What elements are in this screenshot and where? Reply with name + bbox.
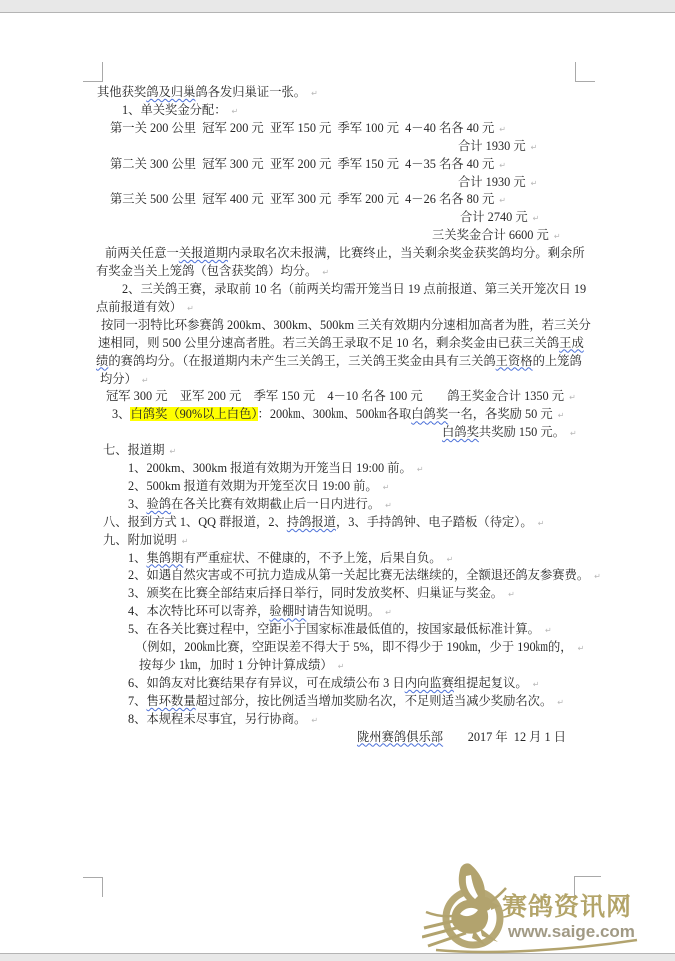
text-segment: 2、500km 报道有效期为开笼至次日 19:00 前。 xyxy=(128,479,378,493)
paragraph-mark-icon: ↵ xyxy=(383,483,390,492)
text-segment: 第二关 300 公里 冠军 300 元 亚军 200 元 季军 150 元 4－… xyxy=(110,157,494,171)
paragraph-mark-icon: ↵ xyxy=(531,143,538,152)
highlighted-text: 白鸽奖（90%以上白色） xyxy=(130,407,257,421)
text-line: 合计 2740 元↵ xyxy=(96,209,596,227)
text-segment: 第三关 500 公里 冠军 400 元 亚军 300 元 季军 200 元 4－… xyxy=(110,192,494,206)
paragraph-mark-icon: ↵ xyxy=(447,555,454,564)
text-line: 绩的赛鸽均分。（在报道期内未产生三关鸽王，三关鸽王奖金由具有三关鸽王资格的上笼鸽 xyxy=(96,353,596,371)
spellcheck-underlined-text: 绩 xyxy=(96,354,108,368)
paragraph-mark-icon: ↵ xyxy=(569,393,576,402)
text-line: 点前报道有效）↵ xyxy=(96,299,596,317)
text-line: 前两关任意一关报道期内录取名次未报满，比赛终止，当关剩余奖金获奖鸽均分。剩余所 xyxy=(96,245,596,263)
text-segment: 点前报道有效） xyxy=(96,300,182,314)
text-line: 按同一羽特比环参赛鸽 200km、300km、500km 三关有效期内分速相加高… xyxy=(96,317,596,335)
watermark-site-name: 赛鸽资讯网 xyxy=(502,894,632,921)
text-segment: 鸽各发归巢证一张。 xyxy=(195,85,306,99)
crop-mark-bottom-left xyxy=(83,877,103,897)
paragraph-mark-icon: ↵ xyxy=(170,447,177,456)
paragraph-mark-icon: ↵ xyxy=(338,662,345,671)
text-segment: ：200㎞、300㎞、500㎞各取 xyxy=(258,407,412,421)
text-segment: 8、本规程未尽事宜，另行协商。 xyxy=(128,712,306,726)
text-segment: 共奖励 150 元。 xyxy=(479,425,565,439)
text-line: 2、如遇自然灾害或不可抗力造成从第一关起比赛无法继续的，全额退还鸽友参赛费。↵ xyxy=(96,567,596,585)
text-line: 第二关 300 公里 冠军 300 元 亚军 200 元 季军 150 元 4－… xyxy=(96,156,596,174)
paragraph-mark-icon: ↵ xyxy=(311,89,318,98)
text-line: 陇州赛鸽俱乐部 2017 年 12 月 1 日 xyxy=(96,729,596,747)
text-line: 合计 1930 元↵ xyxy=(96,138,596,156)
spellcheck-underlined-text: 持鸽报道 xyxy=(287,515,336,529)
text-segment: 八、报到方式 1、QQ 群报道，2、 xyxy=(103,515,287,529)
text-segment: 冠军 300 元 亚军 200 元 季军 150 元 4－10 名各 100 元… xyxy=(106,389,564,403)
watermark-site-url: www.saige.com xyxy=(508,923,635,941)
text-line: 3、白鸽奖（90%以上白色）：200㎞、300㎞、500㎞各取白鸽奖一名，各奖励… xyxy=(96,406,596,424)
text-segment: 九、附加说明 xyxy=(103,533,177,547)
text-line: 3、颁奖在比赛全部结束后择日举行，同时发放奖杯、归巢证与奖金。↵ xyxy=(96,585,596,603)
text-line: 3、验鸽在各关比赛有效期截止后一日内进行。↵ xyxy=(96,496,596,514)
text-segment: 3、 xyxy=(128,497,146,511)
text-segment: （例如，200㎞比赛，空距误差不得大于 5%，即不得少于 190㎞，少于 190… xyxy=(135,640,573,654)
text-line: 第三关 500 公里 冠军 400 元 亚军 300 元 季军 200 元 4－… xyxy=(96,191,596,209)
paragraph-mark-icon: ↵ xyxy=(578,644,585,653)
text-segment: 内录取名次未报满，比赛终止，当关剩余奖金获奖鸽均分。剩余所 xyxy=(228,246,585,260)
text-segment: 其他获奖 xyxy=(97,85,146,99)
spellcheck-underlined-text: 鸽及归巢 xyxy=(146,85,195,99)
text-segment: 1、 xyxy=(128,551,146,565)
paragraph-mark-icon: ↵ xyxy=(545,626,552,635)
paragraph-mark-icon: ↵ xyxy=(322,268,329,277)
crop-mark-top-left xyxy=(83,62,103,82)
paragraph-mark-icon: ↵ xyxy=(533,680,540,689)
paragraph-mark-icon: ↵ xyxy=(499,125,506,134)
spellcheck-underlined-text: 验棚时 xyxy=(269,604,306,618)
text-segment: 5、在各关比赛过程中，空距小于国家标准最低值的，按国家最低标准计算。 xyxy=(128,622,540,636)
text-line: 三关奖金合计 6600 元↵ xyxy=(96,227,596,245)
text-segment: 组提起复议。 xyxy=(454,676,528,690)
spellcheck-underlined-text: 内向监赛 xyxy=(405,676,454,690)
text-segment: 合计 2740 元 xyxy=(460,210,528,224)
text-line: 1、单关奖金分配：↵ xyxy=(96,102,596,120)
text-segment: 按同一羽特比环参赛鸽 200km、300km、500km 三关有效期内分速相加高… xyxy=(101,318,591,332)
text-segment: 2、三关鸽王赛，录取前 10 名（前两关均需开笼当日 19 点前报道、第三关开笼… xyxy=(122,282,586,296)
spellcheck-underlined-text: 集鸽期 xyxy=(146,551,183,565)
spellcheck-underlined-text: 王成 xyxy=(559,336,584,350)
paragraph-mark-icon: ↵ xyxy=(417,465,424,474)
text-line: 合计 1930 元↵ xyxy=(96,174,596,192)
text-line: 第一关 200 公里 冠军 200 元 亚军 150 元 季军 100 元 4－… xyxy=(96,120,596,138)
text-segment: 按每少 1㎞，加时 1 分钟计算成绩） xyxy=(139,658,333,672)
paragraph-mark-icon: ↵ xyxy=(508,590,515,599)
spellcheck-underlined-text: 白鸽奖 xyxy=(442,425,479,439)
text-line: 速相同，则 500 公里分速高者胜。若三关鸽王录取不足 10 名，剩余奖金由已获… xyxy=(96,335,596,353)
text-segment: 有严重症状、不健康的，不予上笼，后果自负。 xyxy=(183,551,441,565)
text-segment: 7、 xyxy=(128,694,146,708)
spellcheck-underlined-text: 验鸽 xyxy=(146,497,171,511)
text-segment: 合计 1930 元 xyxy=(458,139,526,153)
text-segment: 3、 xyxy=(112,407,130,421)
paragraph-mark-icon: ↵ xyxy=(385,501,392,510)
text-segment: 七、报道期 xyxy=(103,443,165,457)
paragraph-mark-icon: ↵ xyxy=(594,572,601,581)
text-segment: 1、200km、300km 报道有效期为开笼当日 19:00 前。 xyxy=(128,461,412,475)
spellcheck-underlined-text: 王资格 xyxy=(496,354,533,368)
document-body: 其他获奖鸽及归巢鸽各发归巢证一张。↵1、单关奖金分配：↵第一关 200 公里 冠… xyxy=(96,84,596,747)
text-line: （例如，200㎞比赛，空距误差不得大于 5%，即不得少于 190㎞，少于 190… xyxy=(96,639,596,657)
paragraph-mark-icon: ↵ xyxy=(531,179,538,188)
paragraph-mark-icon: ↵ xyxy=(385,608,392,617)
spellcheck-underlined-text: 关报道期 xyxy=(179,246,228,260)
text-segment: 均分） xyxy=(100,372,137,386)
paragraph-mark-icon: ↵ xyxy=(570,429,577,438)
text-segment: 6、如鸽友对比赛结果存有异议，可在成绩公布 3 日 xyxy=(128,676,405,690)
text-line: 2、三关鸽王赛，录取前 10 名（前两关均需开笼当日 19 点前报道、第三关开笼… xyxy=(96,281,596,299)
page-gap-top xyxy=(0,0,675,13)
text-segment: 1、单关奖金分配： xyxy=(122,103,227,117)
paragraph-mark-icon: ↵ xyxy=(558,411,565,420)
text-segment: 超过部分，按比例适当增加奖励名次，不足则适当减少奖励名次。 xyxy=(196,694,553,708)
text-segment: 的上笼鸽 xyxy=(533,354,582,368)
text-segment: 2017 年 12 月 1 日 xyxy=(443,730,566,744)
text-line: 8、本规程未尽事宜，另行协商。↵ xyxy=(96,711,596,729)
text-segment: 3、颁奖在比赛全部结束后择日举行，同时发放奖杯、归巢证与奖金。 xyxy=(128,586,503,600)
text-segment: 有奖金当关上笼鸽（包含获奖鸽）均分。 xyxy=(96,264,317,278)
text-line: 七、报道期↵ xyxy=(96,442,596,460)
text-segment: 请告知说明。 xyxy=(306,604,380,618)
paragraph-mark-icon: ↵ xyxy=(538,519,545,528)
paragraph-mark-icon: ↵ xyxy=(182,537,189,546)
paragraph-mark-icon: ↵ xyxy=(311,716,318,725)
text-line: 7、售环数量超过部分，按比例适当增加奖励名次，不足则适当减少奖励名次。↵ xyxy=(96,693,596,711)
spellcheck-underlined-text: 售环数量 xyxy=(146,694,195,708)
text-segment: 一名，各奖励 50 元 xyxy=(448,407,553,421)
spellcheck-underlined-text: 白鸽奖 xyxy=(411,407,448,421)
page: { "page": { "colors": { "text": "#262626… xyxy=(0,0,675,961)
paragraph-mark-icon: ↵ xyxy=(187,304,194,313)
paragraph-mark-icon: ↵ xyxy=(232,107,239,116)
paragraph-mark-icon: ↵ xyxy=(557,698,564,707)
spellcheck-underlined-text: 陇州赛鸽俱乐部 xyxy=(357,730,443,744)
text-segment: 合计 1930 元 xyxy=(458,175,526,189)
page-gap-bottom xyxy=(0,953,675,961)
text-segment: 2、如遇自然灾害或不可抗力造成从第一关起比赛无法继续的，全额退还鸽友参赛费。 xyxy=(128,568,589,582)
paragraph-mark-icon: ↵ xyxy=(499,161,506,170)
text-line: 4、本次特比环可以寄养，验棚时请告知说明。↵ xyxy=(96,603,596,621)
text-line: 九、附加说明↵ xyxy=(96,532,596,550)
text-line: 6、如鸽友对比赛结果存有异议，可在成绩公布 3 日内向监赛组提起复议。↵ xyxy=(96,675,596,693)
text-segment: 在各关比赛有效期截止后一日内进行。 xyxy=(171,497,380,511)
text-segment: 三关奖金合计 6600 元 xyxy=(432,228,549,242)
text-line: 按每少 1㎞，加时 1 分钟计算成绩）↵ xyxy=(96,657,596,675)
crop-mark-top-right xyxy=(575,62,595,82)
text-line: 白鸽奖共奖励 150 元。↵ xyxy=(96,424,596,442)
text-segment: 第一关 200 公里 冠军 200 元 亚军 150 元 季军 100 元 4－… xyxy=(110,121,494,135)
paragraph-mark-icon: ↵ xyxy=(533,214,540,223)
text-line: 其他获奖鸽及归巢鸽各发归巢证一张。↵ xyxy=(96,84,596,102)
text-segment: 前两关任意一 xyxy=(105,246,179,260)
text-line: 八、报到方式 1、QQ 群报道，2、持鸽报道，3、手持鸽钟、电子踏板（待定）。↵ xyxy=(96,514,596,532)
text-line: 有奖金当关上笼鸽（包含获奖鸽）均分。↵ xyxy=(96,263,596,281)
paragraph-mark-icon: ↵ xyxy=(142,376,149,385)
text-segment: 速相同，则 500 公里分速高者胜。若三关鸽王录取不足 10 名，剩余奖金由已获… xyxy=(98,336,559,350)
text-segment: 的赛鸽均分。（在报道期内未产生三关鸽王，三关鸽王奖金由具有三关鸽 xyxy=(108,354,495,368)
paragraph-mark-icon: ↵ xyxy=(499,196,506,205)
text-segment: ，3、手持鸽钟、电子踏板（待定）。 xyxy=(336,515,533,529)
text-line: 均分）↵ xyxy=(96,371,596,389)
paragraph-mark-icon: ↵ xyxy=(554,232,561,241)
text-line: 冠军 300 元 亚军 200 元 季军 150 元 4－10 名各 100 元… xyxy=(96,388,596,406)
text-line: 1、集鸽期有严重症状、不健康的，不予上笼，后果自负。↵ xyxy=(96,550,596,568)
text-line: 5、在各关比赛过程中，空距小于国家标准最低值的，按国家最低标准计算。↵ xyxy=(96,621,596,639)
text-line: 2、500km 报道有效期为开笼至次日 19:00 前。↵ xyxy=(96,478,596,496)
text-line: 1、200km、300km 报道有效期为开笼当日 19:00 前。↵ xyxy=(96,460,596,478)
text-segment: 4、本次特比环可以寄养， xyxy=(128,604,269,618)
site-watermark: 赛鸽资讯网 www.saige.com xyxy=(422,862,675,954)
